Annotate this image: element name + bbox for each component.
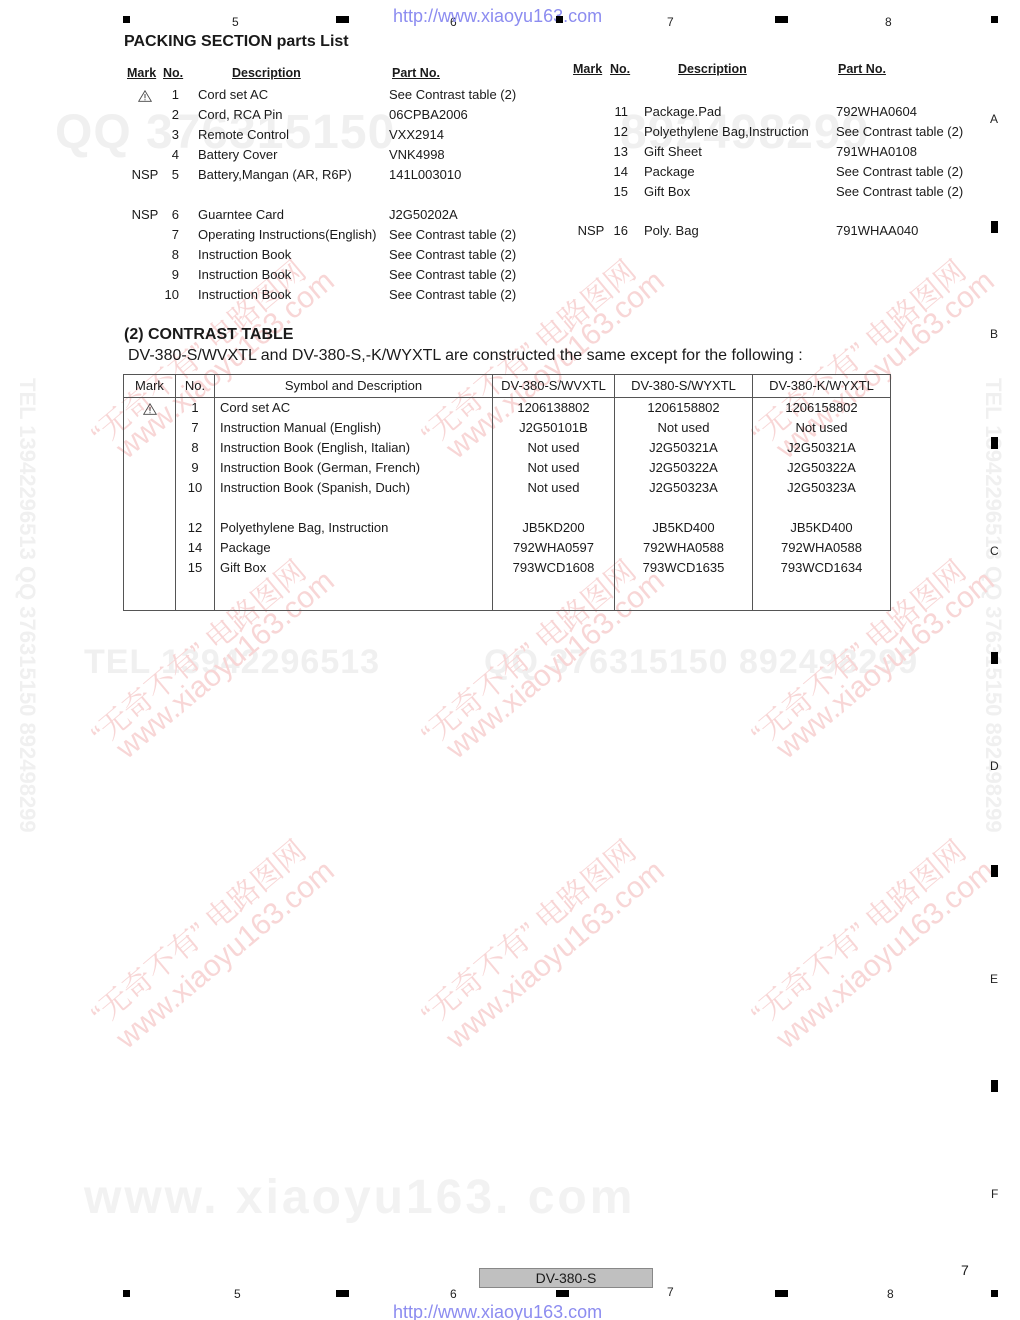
contrast-table-row: 14Package792WHA0597792WHA0588792WHA0588 [124,538,891,558]
parts-description: Poly. Bag [644,221,699,241]
row-part-model-2: 793WCD1635 [615,558,753,578]
parts-number: 10 [159,285,179,305]
parts-description: Package [644,162,695,182]
contrast-table-row [124,498,891,518]
registration-mark [775,16,788,23]
contrast-table-row: 15Gift Box793WCD1608793WCD1635793WCD1634 [124,558,891,578]
parts-description: Instruction Book [198,265,291,285]
column-number: 7 [667,15,674,29]
header-model-2: DV-380-S/WYXTL [615,375,753,398]
left-header-mark: Mark [127,66,156,80]
warning-triangle-icon [138,90,152,102]
right-header-no: No. [610,62,630,76]
header-model-3: DV-380-K/WYXTL [753,375,891,398]
row-part-model-2 [615,578,753,611]
row-description: Instruction Book (Spanish, Duch) [215,478,493,498]
parts-number: 12 [608,122,628,142]
row-letter: F [991,1187,998,1201]
page-number: 7 [961,1262,969,1278]
parts-part-number: See Contrast table (2) [389,245,516,265]
row-part-model-3: Not used [753,418,891,438]
registration-mark [336,16,349,23]
row-mark [124,498,176,518]
row-mark [124,398,176,419]
registration-mark [336,1290,349,1297]
registration-mark [991,1080,998,1092]
parts-number: 13 [608,142,628,162]
parts-part-number: See Contrast table (2) [389,285,516,305]
parts-list-row: 12Polyethylene Bag,InstructionSee Contra… [0,122,1020,142]
header-mark: Mark [124,375,176,398]
row-letter: B [990,327,998,341]
row-description: Instruction Manual (English) [215,418,493,438]
row-mark [124,538,176,558]
parts-number: 15 [608,182,628,202]
row-part-model-3: J2G50322A [753,458,891,478]
parts-list-row: 15Gift BoxSee Contrast table (2) [0,182,1020,202]
contrast-table-row: 12Polyethylene Bag, InstructionJB5KD200J… [124,518,891,538]
parts-part-number: 791WHA0108 [836,142,917,162]
parts-part-number: See Contrast table (2) [836,182,963,202]
row-mark [124,438,176,458]
row-part-model-3: 792WHA0588 [753,538,891,558]
row-description: Gift Box [215,558,493,578]
row-part-model-2: J2G50322A [615,458,753,478]
row-description: Instruction Book (German, French) [215,458,493,478]
parts-number: 14 [608,162,628,182]
left-header-part-no: Part No. [392,66,440,80]
row-part-model-3: J2G50321A [753,438,891,458]
row-part-model-3 [753,498,891,518]
registration-mark [991,1290,998,1297]
row-description: Polyethylene Bag, Instruction [215,518,493,538]
row-description: Instruction Book (English, Italian) [215,438,493,458]
column-number: 7 [667,1285,674,1299]
watermark-big-url: www. xiaoyu163. com [84,1170,635,1225]
column-number: 5 [232,15,239,29]
right-header-description: Description [678,62,747,76]
row-part-model-2 [615,498,753,518]
parts-part-number: See Contrast table (2) [836,162,963,182]
contrast-table-title: (2) CONTRAST TABLE [124,326,293,344]
left-header-no: No. [163,66,183,80]
row-part-model-2: J2G50323A [615,478,753,498]
row-number: 7 [176,418,215,438]
row-part-model-1 [493,498,615,518]
row-number: 12 [176,518,215,538]
parts-mark: NSP [573,221,609,241]
row-number: 1 [176,398,215,419]
row-description [215,498,493,518]
row-part-model-1: Not used [493,438,615,458]
registration-mark [123,1290,130,1297]
contrast-table-subtitle: DV-380-S/WVXTL and DV-380-S,-K/WYXTL are… [128,347,803,365]
warning-triangle-icon [143,403,157,415]
row-number [176,498,215,518]
row-mark [124,518,176,538]
parts-list-row: 8Instruction BookSee Contrast table (2) [0,245,1020,265]
row-part-model-1: 793WCD1608 [493,558,615,578]
parts-part-number: See Contrast table (2) [389,265,516,285]
row-part-model-1: J2G50101B [493,418,615,438]
row-mark [124,418,176,438]
row-letter: D [990,759,999,773]
contrast-table-row: 7Instruction Manual (English)J2G50101BNo… [124,418,891,438]
header-no: No. [176,375,215,398]
registration-mark [991,865,998,877]
column-number: 8 [885,15,892,29]
contrast-table-row: 10Instruction Book (Spanish, Duch)Not us… [124,478,891,498]
column-number: 5 [234,1287,241,1301]
row-number: 14 [176,538,215,558]
site-url-top: http://www.xiaoyu163.com [393,6,602,27]
row-part-model-1: Not used [493,458,615,478]
row-part-model-3: JB5KD400 [753,518,891,538]
parts-description: Gift Box [644,182,690,202]
parts-number: 8 [159,245,179,265]
contrast-table-row [124,578,891,611]
registration-mark [991,16,998,23]
parts-part-number: 792WHA0604 [836,102,917,122]
parts-number: 11 [608,102,628,122]
contrast-table: Mark No. Symbol and Description DV-380-S… [123,374,891,611]
parts-number: 16 [608,221,628,241]
row-number: 9 [176,458,215,478]
row-part-model-3: 793WCD1634 [753,558,891,578]
model-label: DV-380-S [479,1268,653,1288]
column-number: 8 [887,1287,894,1301]
row-description [215,578,493,611]
row-part-model-2: 1206158802 [615,398,753,419]
row-mark [124,578,176,611]
column-number: 6 [450,1287,457,1301]
registration-mark [556,16,563,23]
left-header-description: Description [232,66,301,80]
parts-list-row: 13Gift Sheet791WHA0108 [0,142,1020,162]
row-letter: C [990,544,999,558]
right-header-mark: Mark [573,62,602,76]
row-mark [124,478,176,498]
parts-description: Package.Pad [644,102,721,122]
row-part-model-2: JB5KD400 [615,518,753,538]
registration-mark [775,1290,788,1297]
parts-description: Polyethylene Bag,Instruction [644,122,809,142]
row-description: Cord set AC [215,398,493,419]
site-url-bottom[interactable]: http://www.xiaoyu163.com [393,1302,602,1320]
header-model-1: DV-380-S/WVXTL [493,375,615,398]
parts-list-row: 11Package.Pad792WHA0604 [0,102,1020,122]
registration-mark [123,16,130,23]
parts-list-row: 9Instruction BookSee Contrast table (2) [0,265,1020,285]
row-mark [124,558,176,578]
contrast-table-header-row: Mark No. Symbol and Description DV-380-S… [124,375,891,398]
row-part-model-1 [493,578,615,611]
row-number: 15 [176,558,215,578]
parts-description: Instruction Book [198,285,291,305]
contrast-table-row: 9Instruction Book (German, French)Not us… [124,458,891,478]
row-part-model-3: J2G50323A [753,478,891,498]
row-number: 10 [176,478,215,498]
row-part-model-3: 1206158802 [753,398,891,419]
row-part-model-2: J2G50321A [615,438,753,458]
parts-description: Gift Sheet [644,142,702,162]
parts-list-row: NSP16Poly. Bag791WHAA040 [0,221,1020,241]
parts-number: 9 [159,265,179,285]
row-mark [124,458,176,478]
registration-mark [991,652,998,664]
row-part-model-3 [753,578,891,611]
parts-description: Instruction Book [198,245,291,265]
packing-section-title: PACKING SECTION parts List [124,33,349,51]
row-part-model-1: JB5KD200 [493,518,615,538]
right-header-part-no: Part No. [838,62,886,76]
row-number [176,578,215,611]
header-description: Symbol and Description [215,375,493,398]
parts-list-row: 14PackageSee Contrast table (2) [0,162,1020,182]
contrast-table-row: 8Instruction Book (English, Italian)Not … [124,438,891,458]
registration-mark [556,1290,569,1297]
parts-part-number: 791WHAA040 [836,221,918,241]
row-description: Package [215,538,493,558]
registration-mark [991,437,998,449]
row-part-model-1: Not used [493,478,615,498]
parts-part-number: See Contrast table (2) [836,122,963,142]
row-part-model-1: 792WHA0597 [493,538,615,558]
watermark-vertical-left: TEL 13942296513 QQ 376315150 892498299 [14,378,40,833]
row-part-model-1: 1206138802 [493,398,615,419]
row-part-model-2: Not used [615,418,753,438]
row-letter: E [990,972,998,986]
row-number: 8 [176,438,215,458]
row-part-model-2: 792WHA0588 [615,538,753,558]
contrast-table-row: 1Cord set AC1206138802120615880212061588… [124,398,891,419]
parts-list-row: 10Instruction BookSee Contrast table (2) [0,285,1020,305]
